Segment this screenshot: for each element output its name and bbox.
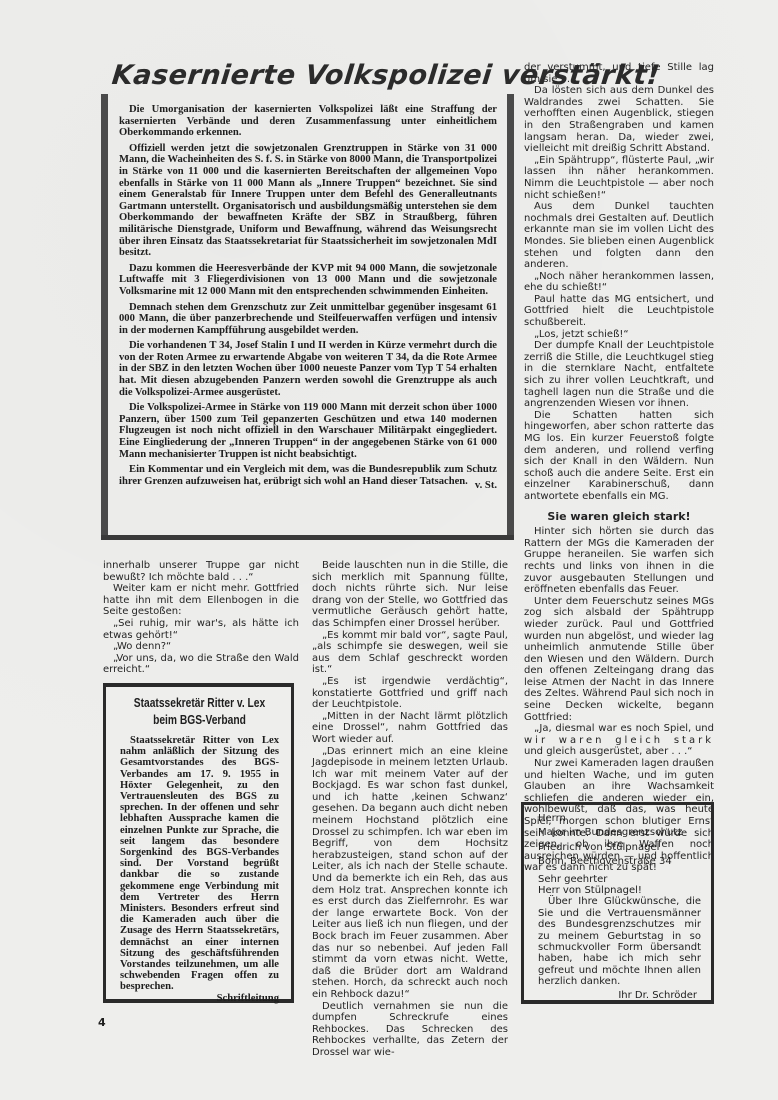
story-paragraph: „Noch näher herankommen lassen, ehe du s… (524, 271, 714, 294)
feature-paragraph: Die Umorganisation der kasernierten Volk… (119, 104, 497, 139)
story-paragraph: Paul hatte das MG entsichert, und Gottfr… (524, 294, 714, 329)
story-paragraph: Unter dem Feuerschutz seines MGs zog sic… (524, 596, 714, 724)
feature-paragraph: Dazu kommen die Heeresverbände der KVP m… (119, 263, 497, 298)
ritter-body: Staatssekretär Ritter von Lex nahm anläß… (120, 735, 279, 993)
feature-paragraph: Ein Kommentar und ein Vergleich mit dem,… (119, 464, 497, 487)
middle-column-story: Beide lauschten nun in die Stille, die s… (312, 560, 508, 1059)
magazine-page: Kasernierte Volkspolizei verstärkt! Die … (0, 0, 778, 1100)
title-line: beim BGS-Verband (124, 712, 274, 729)
story-paragraph: „Ein Spähtrupp“, flüsterte Paul, „wir la… (524, 155, 714, 201)
address-line: Friedrich von Stülpnagel (538, 842, 701, 853)
story-paragraph: Weiter kam er nicht mehr. Gottfried hatt… (103, 583, 299, 618)
story-paragraph: der verstummt, und tiefe Stille lag um s… (524, 62, 714, 85)
story-paragraph: Beide lauschten nun in die Stille, die s… (312, 560, 508, 630)
story-paragraph: „Das erinnert mich an eine kleine Jagdep… (312, 746, 508, 1001)
left-column-story: innerhalb unserer Truppe gar nicht bewuß… (103, 560, 299, 676)
story-paragraph: Aus dem Dunkel tauchten nochmals drei Ge… (524, 201, 714, 271)
feature-article-text: Die Umorganisation der kasernierten Volk… (119, 104, 497, 491)
title-line: Staatssekretär Ritter v. Lex (124, 695, 274, 712)
story-paragraph: „Es kommt mir bald vor“, sagte Paul, „al… (312, 630, 508, 676)
headline: Kasernierte Volkspolizei verstärkt! (110, 60, 513, 91)
feature-paragraph: Offiziell werden jetzt die sowjetzonalen… (119, 143, 497, 259)
page-number: 4 (98, 1016, 106, 1029)
story-paragraph: Die Schatten hatten sich hingeworfen, ab… (524, 410, 714, 503)
letter-box: Herrn Major im Bundesgrenzschutz Friedri… (521, 802, 714, 1004)
story-paragraph: „Wo denn?“ (103, 641, 299, 653)
ritter-news-box: Staatssekretär Ritter v. Lex beim BGS-Ve… (103, 683, 294, 1003)
story-paragraph: „Vor uns, da, wo die Straße den Wald err… (103, 653, 299, 676)
story-paragraph: „Es ist irgendwie verdächtig“, konstatie… (312, 676, 508, 711)
story-subheading: Sie waren gleich stark! (524, 511, 714, 523)
letter-salutation-1: Sehr geehrter (538, 874, 701, 885)
address-line: Herrn (538, 813, 701, 824)
story-quote: „Ja, diesmal war es noch Spiel, und wir … (524, 723, 714, 758)
feature-paragraph: Demnach stehen dem Grenzschutz zur Zeit … (119, 302, 497, 337)
box-border-right (507, 94, 514, 536)
feature-paragraph: Die vorhandenen T 34, Josef Stalin I und… (119, 340, 497, 398)
address-line: Major im Bundesgrenzschutz (538, 827, 701, 838)
right-column-story: der verstummt, und tiefe Stille lag um s… (524, 62, 714, 874)
address-line: Bonn, Beethovenstraße 34 (538, 856, 701, 867)
letter-body: Über Ihre Glückwünsche, die Sie und die … (538, 896, 701, 987)
letter-signature: Ihr Dr. Schröder (538, 990, 701, 1001)
box-border-bottom (101, 535, 514, 540)
quote-end: und gleich ausgerüstet, aber . . .“ (524, 746, 692, 757)
story-paragraph: „Mitten in der Nacht lärmt plötzlich ein… (312, 711, 508, 746)
story-paragraph: innerhalb unserer Truppe gar nicht bewuß… (103, 560, 299, 583)
quote-emphasis: wir waren gleich stark (524, 735, 714, 746)
story-paragraph: Der dumpfe Knall der Leuchtpistole zerri… (524, 340, 714, 410)
ritter-box-title: Staatssekretär Ritter v. Lex beim BGS-Ve… (124, 695, 274, 729)
letter-salutation-2: Herr von Stülpnagel! (538, 885, 701, 896)
story-paragraph: „Sei ruhig, mir war's, als hätte ich etw… (103, 618, 299, 641)
feature-article-box: Die Umorganisation der kasernierten Volk… (101, 94, 514, 536)
ritter-signature: Schriftleitung (120, 993, 279, 1004)
story-paragraph: Deutlich vernahmen sie nun die dumpfen S… (312, 1001, 508, 1059)
story-paragraph: Da lösten sich aus dem Dunkel des Waldra… (524, 85, 714, 155)
feature-paragraph: Die Volkspolizei-Armee in Stärke von 119… (119, 402, 497, 460)
ritter-box-text: Staatssekretär Ritter von Lex nahm anläß… (120, 735, 279, 1004)
box-border-left (101, 94, 108, 536)
story-paragraph: Hinter sich hörten sie durch das Rattern… (524, 526, 714, 596)
story-paragraph: „Los, jetzt schieß!“ (524, 329, 714, 341)
quote-start: „Ja, diesmal war es noch Spiel, und (534, 723, 714, 734)
letter-address: Herrn Major im Bundesgrenzschutz Friedri… (538, 813, 701, 868)
